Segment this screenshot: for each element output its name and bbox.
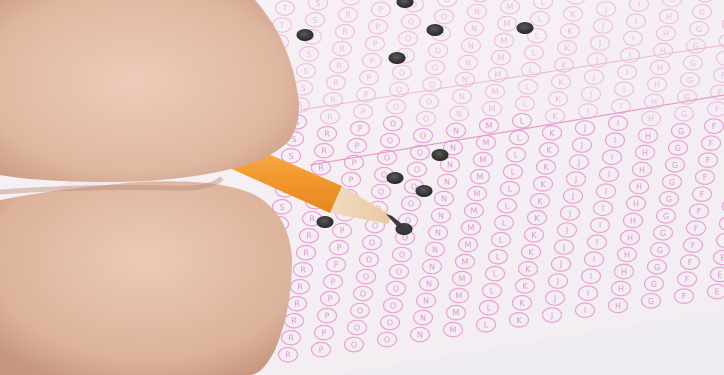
thumb (0, 181, 292, 375)
hand (0, 0, 724, 375)
index-finger (0, 0, 299, 182)
photo-scene: TTSRPTSRPOONTSRPOONMLKJTSRPOONMLKJIHGTSR… (0, 0, 724, 375)
pencil-lead (386, 214, 412, 234)
